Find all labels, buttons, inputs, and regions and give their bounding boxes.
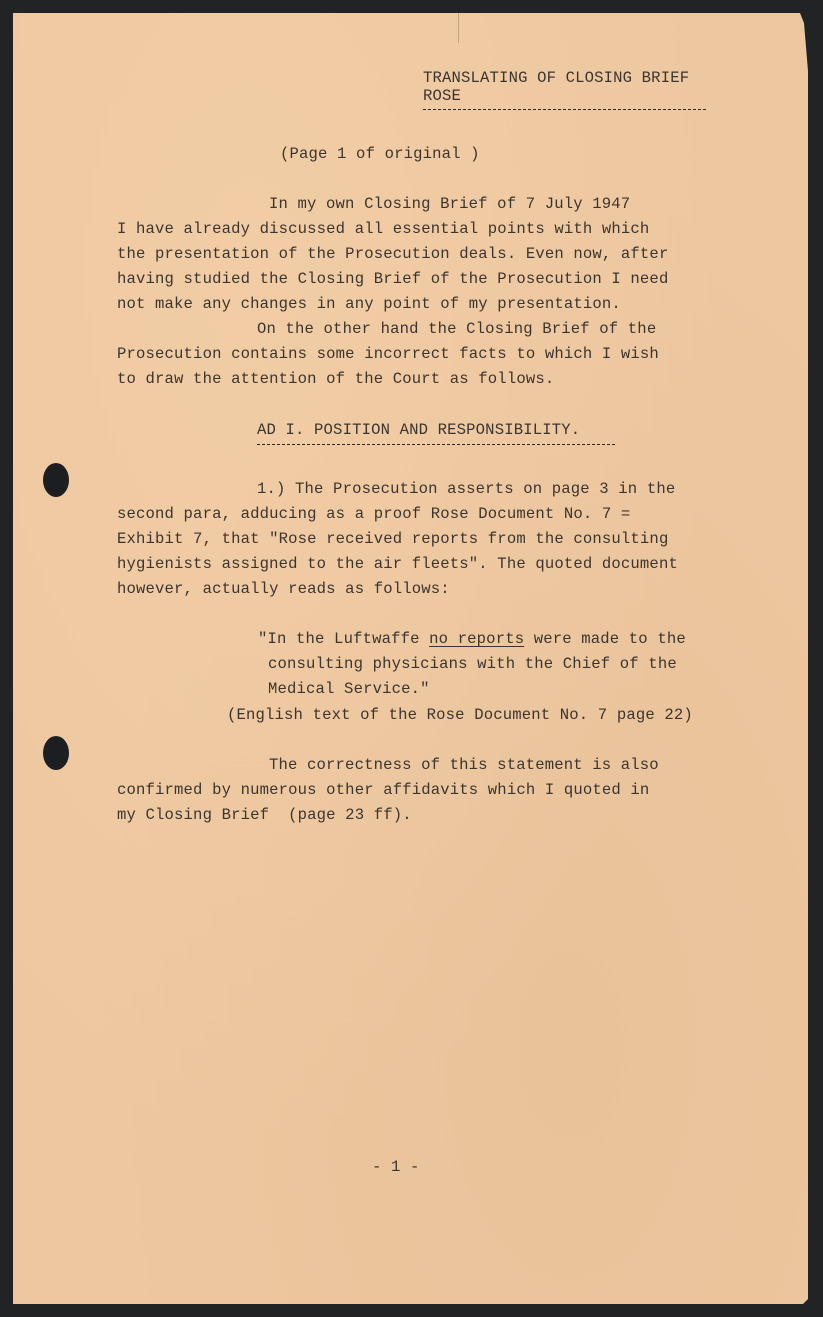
intro-line: the presentation of the Prosecution deal… — [117, 245, 668, 263]
paper-fold-mark — [458, 13, 459, 43]
intro-line: In my own Closing Brief of 7 July 1947 — [269, 195, 630, 213]
point1-line: hygienists assigned to the air fleets". … — [117, 555, 678, 573]
punch-hole — [43, 736, 69, 770]
intro-line: having studied the Closing Brief of the … — [117, 270, 668, 288]
document-subtitle: ROSE — [423, 87, 461, 105]
intro-line: to draw the attention of the Court as fo… — [117, 370, 554, 388]
page-number: - 1 - — [372, 1158, 420, 1176]
quote-line: consulting physicians with the Chief of … — [268, 655, 677, 673]
punch-hole — [43, 463, 69, 497]
intro-line: On the other hand the Closing Brief of t… — [257, 320, 656, 338]
section-heading: AD I. POSITION AND RESPONSIBILITY. — [257, 421, 580, 439]
conclusion-line: my Closing Brief (page 23 ff). — [117, 806, 412, 824]
conclusion-line: confirmed by numerous other affidavits w… — [117, 781, 649, 799]
point1-line: however, actually reads as follows: — [117, 580, 450, 598]
intro-line: not make any changes in any point of my … — [117, 295, 621, 313]
quote-text: were made to the — [524, 630, 686, 648]
page-reference: (Page 1 of original ) — [280, 145, 480, 163]
conclusion-line: The correctness of this statement is als… — [269, 756, 659, 774]
header-underline — [423, 109, 706, 110]
point1-line: Exhibit 7, that "Rose received reports f… — [117, 530, 668, 548]
point1-line: second para, adducing as a proof Rose Do… — [117, 505, 630, 523]
point1-line: 1.) The Prosecution asserts on page 3 in… — [257, 480, 675, 498]
intro-line: Prosecution contains some incorrect fact… — [117, 345, 659, 363]
quote-text: "In the Luftwaffe — [258, 630, 429, 648]
intro-line: I have already discussed all essential p… — [117, 220, 649, 238]
document-title: TRANSLATING OF CLOSING BRIEF — [423, 69, 689, 87]
document-page: TRANSLATING OF CLOSING BRIEF ROSE (Page … — [13, 13, 808, 1304]
quote-citation: (English text of the Rose Document No. 7… — [227, 706, 693, 724]
section-heading-underline — [257, 444, 615, 445]
quote-emphasis: no reports — [429, 630, 524, 648]
quote-line: "In the Luftwaffe no reports were made t… — [258, 630, 686, 648]
quote-line: Medical Service." — [268, 680, 430, 698]
